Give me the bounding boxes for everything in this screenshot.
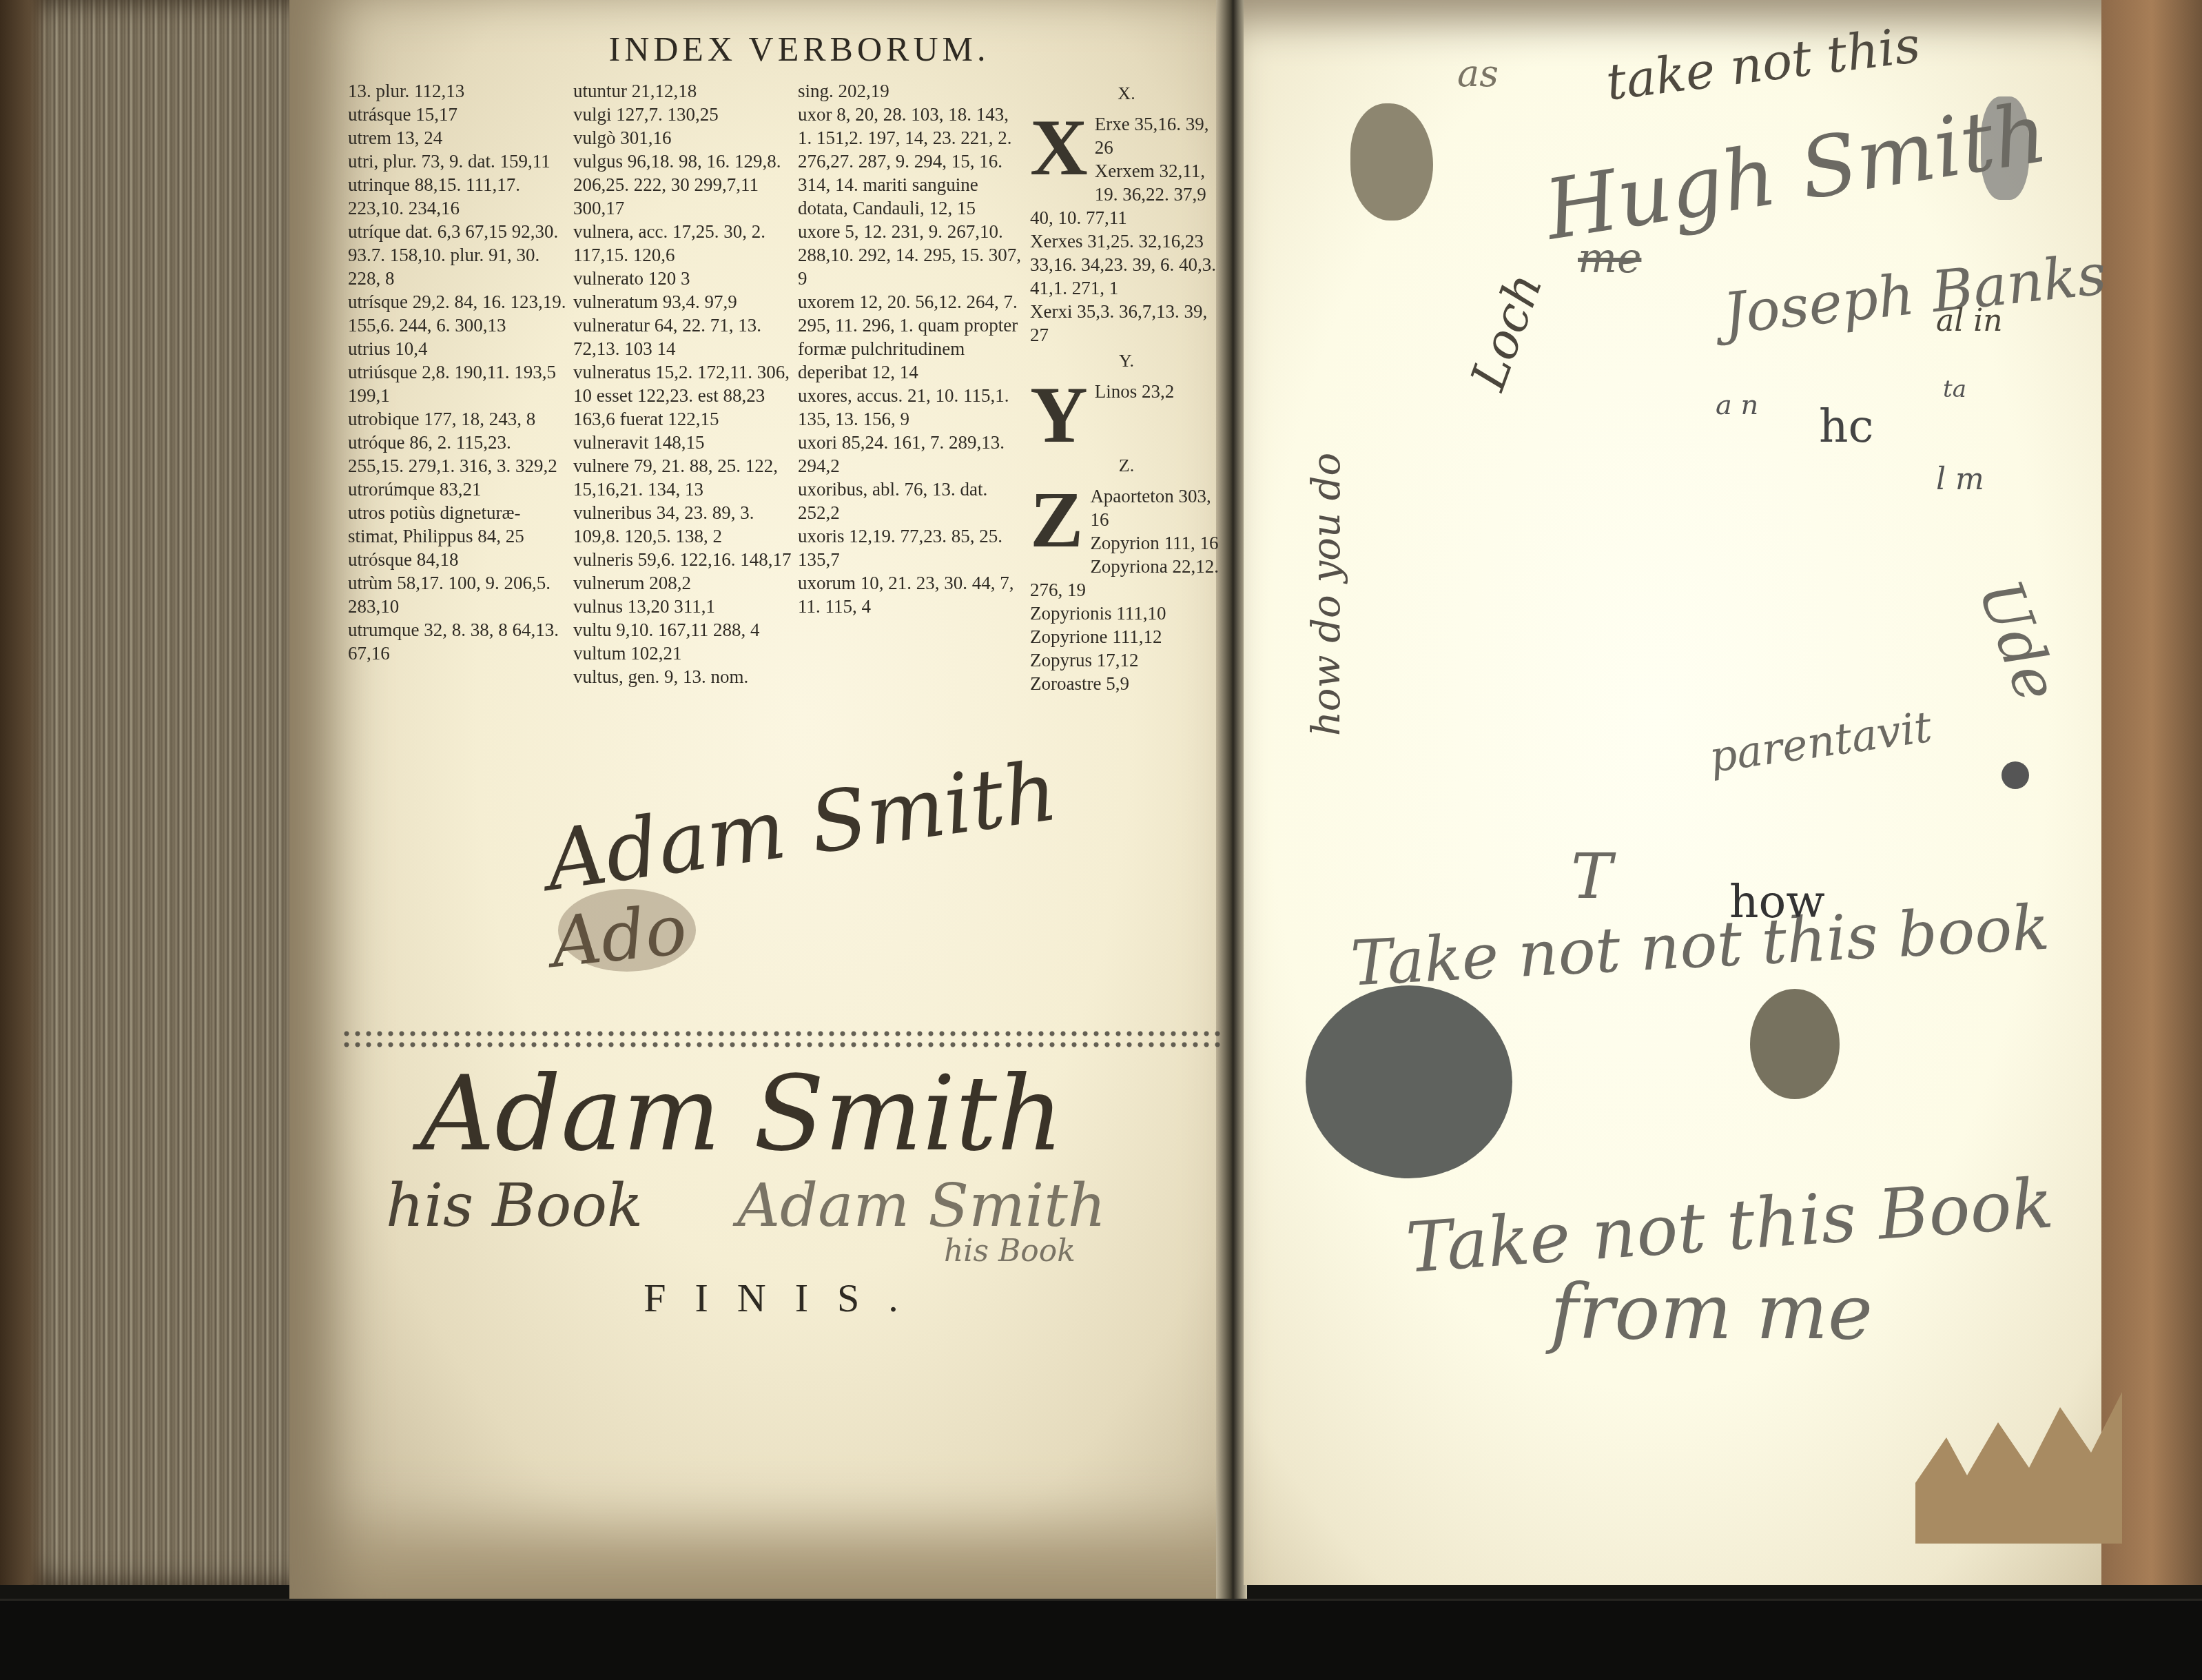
index-entry: utrùm 58,17. 100, 9. 206,5. 283,10 — [348, 571, 568, 618]
index-term-line: utros potiùs digneturæ- stimat, Philippu… — [348, 501, 568, 548]
index-term: vulnerum — [573, 573, 644, 593]
index-term: vulneris — [573, 549, 633, 570]
index-term-line: utrùm 58,17. 100, 9. 206,5. 283,10 — [348, 571, 568, 618]
index-page-refs: 9, 13. nom. — [664, 666, 748, 687]
index-entry: Zoroastre 5,9 — [1030, 672, 1223, 695]
index-entry: vulgus 96,18. 98, 16. 129,8. 206,25. 222… — [573, 150, 794, 220]
index-entry: utróque 86, 2. 115,23. 255,15. 279,1. 31… — [348, 431, 568, 478]
index-section-heading: Y. — [1030, 349, 1223, 373]
index-entry: uxores, accus. 21, 10. 115,1. 135, 13. 1… — [798, 384, 1025, 431]
index-page-refs: 208,2 — [649, 573, 691, 593]
index-term: utrinque — [348, 174, 410, 195]
index-term-line: uxorem 12, 20. 56,12. 264, 7. 295, 11. 2… — [798, 290, 1025, 384]
index-term-line: utróque 86, 2. 115,23. 255,15. 279,1. 31… — [348, 431, 568, 478]
inscription-t-capital: T — [1571, 841, 1612, 913]
index-entry: utrobique 177, 18, 243, 8 — [348, 407, 568, 431]
index-term: Erxe — [1095, 114, 1130, 134]
index-term-line: utrobique 177, 18, 243, 8 — [348, 407, 568, 431]
index-term-line: vulneratus 15,2. 172,11. 306, 10 esset 1… — [573, 360, 794, 431]
index-term-line: Zoroastre 5,9 — [1030, 672, 1223, 695]
index-term-line: utrósque 84,18 — [348, 548, 568, 571]
index-page-refs: 13. plur. 112,13 — [348, 81, 464, 101]
index-entry: utrumque 32, 8. 38, 8 64,13. 67,16 — [348, 618, 568, 665]
index-entry: utrísque 29,2. 84, 16. 123,19. 155,6. 24… — [348, 290, 568, 337]
index-term-line: vulneravit 148,15 — [573, 431, 794, 454]
index-term-line: utrorúmque 83,21 — [348, 478, 568, 501]
index-entry: utri, plur. 73, 9. dat. 159,11 — [348, 150, 568, 173]
index-term: utróque — [348, 432, 404, 453]
index-term: Zopyrione — [1030, 626, 1107, 647]
index-entry: vultum 102,21 — [573, 642, 794, 665]
index-term-line: utríque dat. 6,3 67,15 92,30. 93.7. 158,… — [348, 220, 568, 290]
index-term-line: vulgò 301,16 — [573, 126, 794, 150]
index-term: utrósque — [348, 549, 412, 570]
index-term: uxores, accus. — [798, 385, 903, 406]
index-entry: vulneratum 93,4. 97,9 — [573, 290, 794, 314]
index-term: uxore — [798, 221, 840, 242]
index-entry: vulgi 127,7. 130,25 — [573, 103, 794, 126]
index-page-refs: 177, 18, 243, 8 — [424, 409, 535, 429]
index-term: vulneratus — [573, 362, 650, 382]
back-cover-board — [2101, 0, 2202, 1585]
index-term-line: vulneris 59,6. 122,16. 148,17 — [573, 548, 794, 571]
index-entry: 13. plur. 112,13 — [348, 79, 568, 103]
index-page-refs: 15,17 — [415, 104, 457, 125]
index-term-line: utrásque 15,17 — [348, 103, 568, 126]
index-term: utros potiùs digneturæ- — [348, 502, 521, 523]
index-term: Linos — [1095, 381, 1138, 402]
ink-dot — [2002, 761, 2029, 789]
index-entry: vulneribus 34, 23. 89, 3. 109,8. 120,5. … — [573, 501, 794, 548]
index-term: utrumque — [348, 619, 419, 640]
index-page-refs: 102,21 — [630, 643, 681, 664]
index-entry: vulneravit 148,15 — [573, 431, 794, 454]
index-term: utri, plur. — [348, 151, 417, 172]
index-section-heading: X. — [1030, 82, 1223, 105]
index-entry: uxori 85,24. 161, 7. 289,13. 294,2 — [798, 431, 1025, 478]
index-entry: vulnere 79, 21. 88, 25. 122, 15,16,21. 1… — [573, 454, 794, 501]
index-page-refs: 9,10. 167,11 288, 4 — [616, 619, 759, 640]
index-term: Zopyrus — [1030, 650, 1092, 670]
index-entry: Xerxi 35,3. 36,7,13. 39, 27 — [1030, 300, 1223, 347]
index-page-refs: 111,10 — [1116, 603, 1166, 624]
index-entry: vultus, gen. 9, 13. nom. — [573, 665, 794, 688]
index-term: vulneratum — [573, 291, 658, 312]
inscription-how-do-you-do: how do you do — [1304, 453, 1349, 737]
index-page-refs: 148,15 — [653, 432, 704, 453]
index-term: Zoroastre — [1030, 673, 1101, 694]
drop-capital: Z — [1030, 484, 1083, 556]
index-term: Apaorteton — [1090, 486, 1173, 506]
index-term: utrem — [348, 127, 391, 148]
index-page-refs: 301,16 — [620, 127, 671, 148]
index-page-refs: stimat, Philippus 84, 25 — [348, 526, 524, 546]
index-term: utrobique — [348, 409, 419, 429]
inscription-as: as — [1457, 52, 1499, 95]
index-term: vultus, gen. — [573, 666, 659, 687]
index-entry: vulnus 13,20 311,1 — [573, 595, 794, 618]
inscription-from-me: from me — [1550, 1268, 1873, 1356]
index-entry: utriúsque 2,8. 190,11. 193,5 199,1 — [348, 360, 568, 407]
inscription-how: how — [1729, 875, 1825, 928]
running-head: INDEX VERBORUM. — [551, 29, 1047, 69]
index-term: vulnera, acc. — [573, 221, 668, 242]
index-entry: utrem 13, 24 — [348, 126, 568, 150]
index-term: Zopyrionis — [1030, 603, 1112, 624]
index-term: uxoribus, abl. — [798, 479, 900, 500]
index-term-line: uxores, accus. 21, 10. 115,1. 135, 13. 1… — [798, 384, 1025, 431]
index-entry: utríque dat. 6,3 67,15 92,30. 93.7. 158,… — [348, 220, 568, 290]
index-term: uxor — [798, 104, 832, 125]
ink-blot-small — [1750, 989, 1840, 1099]
index-term-line: vulgi 127,7. 130,25 — [573, 103, 794, 126]
dark-background-surface — [0, 1599, 2202, 1680]
index-term: uxorem — [798, 291, 854, 312]
inscription-his-book-small: his Book — [944, 1233, 1076, 1269]
index-term-line: vulneratum 93,4. 97,9 — [573, 290, 794, 314]
index-page-refs: 10,4 — [395, 338, 427, 359]
index-term-line: utri, plur. 73, 9. dat. 159,11 — [348, 150, 568, 173]
index-term-line: uxori 85,24. 161, 7. 289,13. 294,2 — [798, 431, 1025, 478]
index-term-line: uxor 8, 20, 28. 103, 18. 143, 1. 151,2. … — [798, 103, 1025, 220]
ink-smudge — [558, 889, 696, 972]
index-term: Xerxem — [1095, 161, 1155, 181]
index-page-refs: 73, 9. dat. 159,11 — [422, 151, 550, 172]
index-entry: sing. 202,19 — [798, 79, 1025, 103]
index-entry: uxorum 10, 21. 23, 30. 44, 7, 11. 115, 4 — [798, 571, 1025, 618]
index-entry: vulnerum 208,2 — [573, 571, 794, 595]
index-entry: utrorúmque 83,21 — [348, 478, 568, 501]
index-term: vulnerato — [573, 268, 644, 289]
index-term-line: utrísque 29,2. 84, 16. 123,19. 155,6. 24… — [348, 290, 568, 337]
printers-ornament-rule — [341, 1028, 1223, 1052]
index-entry: utrius 10,4 — [348, 337, 568, 360]
inscription-me-struck: me — [1578, 234, 1641, 283]
index-column-1: 13. plur. 112,13utrásque 15,17utrem 13, … — [348, 79, 568, 665]
index-term-line: sing. 202,19 — [798, 79, 1025, 103]
index-term: Zopyriona — [1090, 556, 1167, 577]
index-term: utrísque — [348, 291, 408, 312]
signature-adam-smith-faint: Adam Smith — [737, 1171, 1106, 1240]
index-page-refs: 93,4. 97,9 — [663, 291, 737, 312]
index-entry: uxoris 12,19. 77,23. 85, 25. 135,7 — [798, 524, 1025, 571]
index-term: Xerxes — [1030, 231, 1082, 252]
index-page-refs: 127,7. 130,25 — [616, 104, 719, 125]
index-term-line: vulnera, acc. 17,25. 30, 2. 117,15. 120,… — [573, 220, 794, 267]
index-entry: Zopyrionis 111,10 — [1030, 602, 1223, 625]
index-term-line: vultus, gen. 9, 13. nom. — [573, 665, 794, 688]
index-term: vultu — [573, 619, 612, 640]
inscription-his-book: his Book — [386, 1171, 643, 1240]
index-term-line: vultum 102,21 — [573, 642, 794, 665]
index-page-refs: 23,2 — [1142, 381, 1174, 402]
index-entry: utros potiùs digneturæ- stimat, Philippu… — [348, 501, 568, 548]
index-term: vultum — [573, 643, 626, 664]
colophon-finis: FINIS. — [579, 1275, 992, 1321]
index-term-line: utuntur 21,12,18 — [573, 79, 794, 103]
index-entry: vultu 9,10. 167,11 288, 4 — [573, 618, 794, 642]
index-term: Xerxi — [1030, 301, 1072, 322]
index-page-refs: sing. 202,19 — [798, 81, 889, 101]
index-page-refs: 84,18 — [417, 549, 459, 570]
index-entry: uxorem 12, 20. 56,12. 264, 7. 295, 11. 2… — [798, 290, 1025, 384]
index-term-line: utrumque 32, 8. 38, 8 64,13. 67,16 — [348, 618, 568, 665]
index-column-4: X.XErxe 35,16. 39, 26Xerxem 32,11, 19. 3… — [1030, 79, 1223, 695]
index-page-refs: 83,21 — [440, 479, 482, 500]
index-entry: Xerxes 31,25. 32,16,23 33,16. 34,23. 39,… — [1030, 229, 1223, 300]
index-page-refs: 59,6. 122,16. 148,17 — [638, 549, 792, 570]
index-entry: vulnera, acc. 17,25. 30, 2. 117,15. 120,… — [573, 220, 794, 267]
drop-capital: X — [1030, 112, 1088, 184]
index-term: utríque dat. — [348, 221, 433, 242]
index-page-refs: 120 3 — [648, 268, 690, 289]
index-entry: utrósque 84,18 — [348, 548, 568, 571]
index-section: YLinos 23,2 — [1030, 380, 1223, 451]
index-term: utrásque — [348, 104, 411, 125]
index-page-refs: 21,12,18 — [632, 81, 697, 101]
index-term: utrius — [348, 338, 391, 359]
index-column-3: sing. 202,19uxor 8, 20, 28. 103, 18. 143… — [798, 79, 1025, 618]
index-term-line: Xerxes 31,25. 32,16,23 33,16. 34,23. 39,… — [1030, 229, 1223, 300]
index-entry: utuntur 21,12,18 — [573, 79, 794, 103]
index-term-line: uxoris 12,19. 77,23. 85, 25. 135,7 — [798, 524, 1025, 571]
index-term: vulnus — [573, 596, 623, 617]
index-term: uxori — [798, 432, 837, 453]
index-entry: utrásque 15,17 — [348, 103, 568, 126]
index-term: uxoris — [798, 526, 845, 546]
index-term: utrorúmque — [348, 479, 435, 500]
index-page-refs: 17,12 — [1097, 650, 1139, 670]
index-entry: Zopyrione 111,12 — [1030, 625, 1223, 648]
inscription-ta: ta — [1943, 376, 1966, 403]
index-term-line: vultu 9,10. 167,11 288, 4 — [573, 618, 794, 642]
index-page-refs: 111,12 — [1112, 626, 1162, 647]
index-term-line: Zopyrus 17,12 — [1030, 648, 1223, 672]
index-entry: vulneratur 64, 22. 71, 13. 72,13. 103 14 — [573, 314, 794, 360]
index-term: vulnere — [573, 455, 629, 476]
index-page-refs: 111, 16 — [1164, 533, 1219, 553]
inscription-a-n: a n — [1716, 389, 1758, 421]
index-entry: uxoribus, abl. 76, 13. dat. 252,2 — [798, 478, 1025, 524]
index-term: vulneribus — [573, 502, 652, 523]
index-term: vulneravit — [573, 432, 648, 453]
index-term: vulgi — [573, 104, 612, 125]
inscription-l-m: l m — [1936, 462, 1984, 497]
index-term-line: vulneratur 64, 22. 71, 13. 72,13. 103 14 — [573, 314, 794, 360]
index-term-line: vulnerum 208,2 — [573, 571, 794, 595]
index-entry: uxore 5, 12. 231, 9. 267,10. 288,10. 292… — [798, 220, 1025, 290]
index-term: vulgò — [573, 127, 616, 148]
index-term-line: uxoribus, abl. 76, 13. dat. 252,2 — [798, 478, 1025, 524]
index-term-line: utrius 10,4 — [348, 337, 568, 360]
index-entry: vulnerato 120 3 — [573, 267, 794, 290]
index-term: Zopyrion — [1090, 533, 1160, 553]
ink-blot-large — [1306, 985, 1512, 1178]
index-term-line: Zopyrionis 111,10 — [1030, 602, 1223, 625]
index-term-line: utrinque 88,15. 111,17. 223,10. 234,16 — [348, 173, 568, 220]
index-term: vulgus — [573, 151, 623, 172]
index-term-line: uxorum 10, 21. 23, 30. 44, 7, 11. 115, 4 — [798, 571, 1025, 618]
index-term: uxorum — [798, 573, 856, 593]
index-page-refs: 13, 24 — [396, 127, 443, 148]
drop-capital: Y — [1030, 380, 1088, 451]
index-column-2: utuntur 21,12,18vulgi 127,7. 130,25vulgò… — [573, 79, 794, 688]
index-term-line: vulneribus 34, 23. 89, 3. 109,8. 120,5. … — [573, 501, 794, 548]
index-term-line: 13. plur. 112,13 — [348, 79, 568, 103]
index-entry: uxor 8, 20, 28. 103, 18. 143, 1. 151,2. … — [798, 103, 1025, 220]
index-term: utuntur — [573, 81, 627, 101]
index-term: utriúsque — [348, 362, 418, 382]
index-term-line: Zopyrione 111,12 — [1030, 625, 1223, 648]
index-entry: utrinque 88,15. 111,17. 223,10. 234,16 — [348, 173, 568, 220]
index-section: XErxe 35,16. 39, 26Xerxem 32,11, 19. 36,… — [1030, 112, 1223, 347]
index-term-line: vulnere 79, 21. 88, 25. 122, 15,16,21. 1… — [573, 454, 794, 501]
index-page-refs: 13,20 311,1 — [628, 596, 715, 617]
index-section: ZApaorteton 303, 16Zopyrion 111, 16Zopyr… — [1030, 484, 1223, 695]
index-term: vulneratur — [573, 315, 650, 336]
index-term-line: utrem 13, 24 — [348, 126, 568, 150]
index-term-line: utriúsque 2,8. 190,11. 193,5 199,1 — [348, 360, 568, 407]
index-term-line: uxore 5, 12. 231, 9. 267,10. 288,10. 292… — [798, 220, 1025, 290]
inscription-al-in: al in — [1936, 303, 2003, 338]
index-entry: vulneratus 15,2. 172,11. 306, 10 esset 1… — [573, 360, 794, 431]
signature-adam-smith-large: Adam Smith — [420, 1054, 1064, 1174]
index-entry: Zopyrus 17,12 — [1030, 648, 1223, 672]
index-term: utrùm — [348, 573, 393, 593]
index-page-refs: 5,9 — [1106, 673, 1129, 694]
index-term-line: vulnerato 120 3 — [573, 267, 794, 290]
index-entry: vulgò 301,16 — [573, 126, 794, 150]
index-entry: vulneris 59,6. 122,16. 148,17 — [573, 548, 794, 571]
index-term-line: vulnus 13,20 311,1 — [573, 595, 794, 618]
inscription-hc: hc — [1819, 400, 1873, 453]
index-term-line: vulgus 96,18. 98, 16. 129,8. 206,25. 222… — [573, 150, 794, 220]
index-term-line: Xerxi 35,3. 36,7,13. 39, 27 — [1030, 300, 1223, 347]
